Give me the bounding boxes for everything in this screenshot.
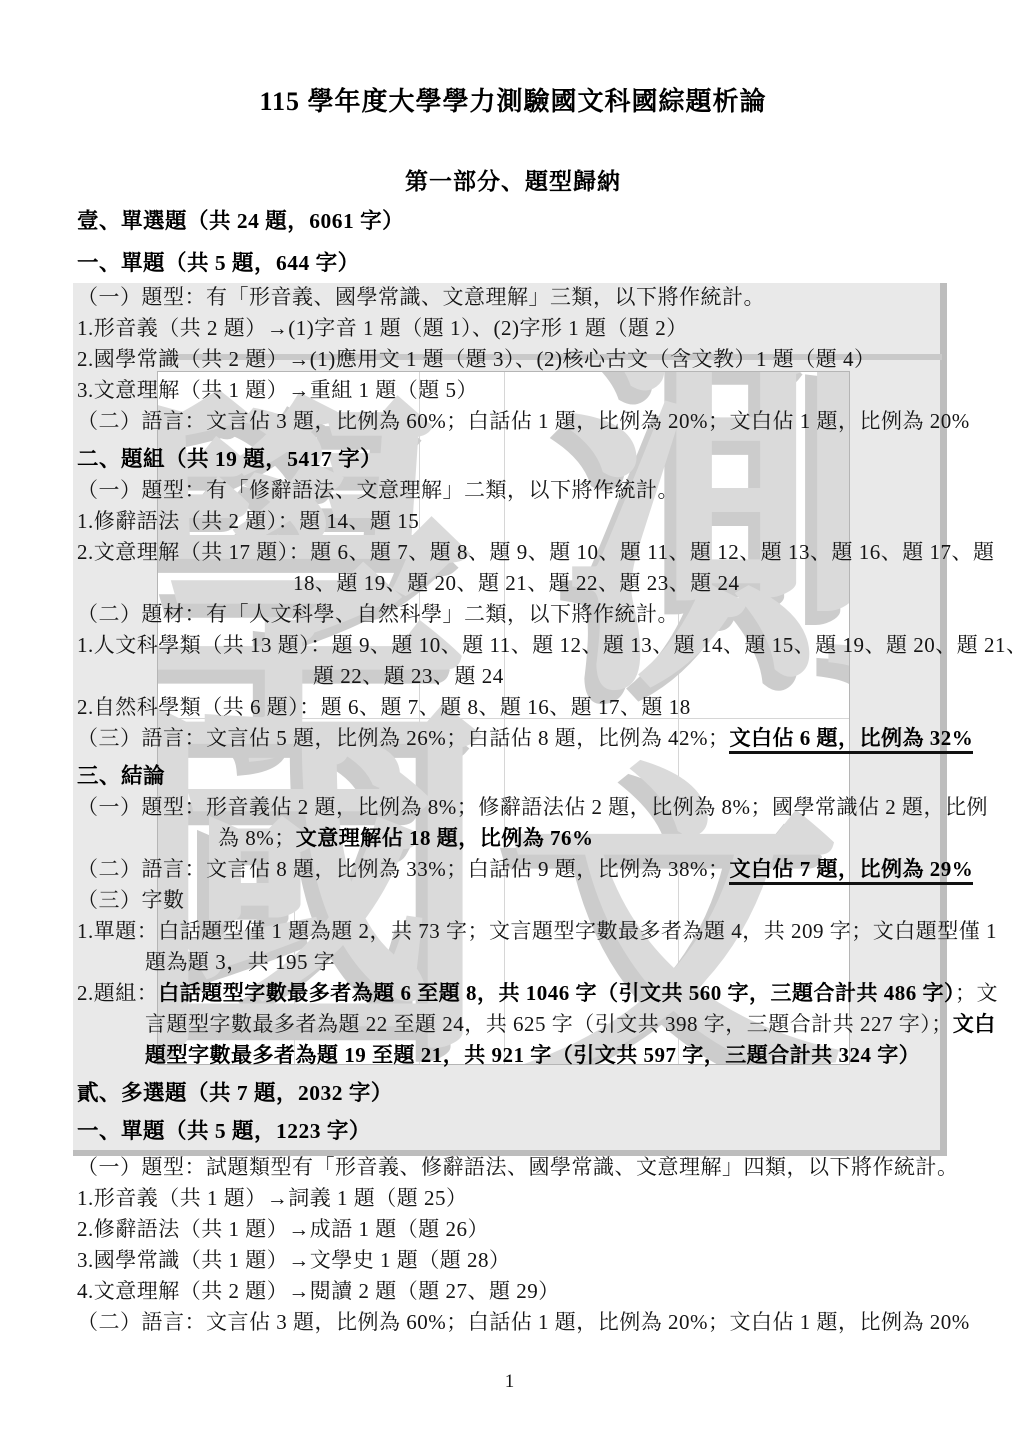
text-run: （二）語言：文言佔 3 題，比例為 60%；白話佔 1 題，比例為 20%；文白…: [77, 1310, 970, 1334]
text-run: 1.人文科學類（共 13 題）：題 9、題 10、題 11、題 12、題 13、…: [77, 633, 1019, 657]
text-run: 文白佔 6 題，比例為 32%: [729, 726, 973, 754]
text-run: 貳、多選題（共 7 題，2032 字）: [77, 1081, 393, 1105]
text-run: 壹、單選題（共 24 題，6061 字）: [77, 209, 404, 233]
text-line: 2.文意理解（共 17 題）：題 6、題 7、題 8、題 9、題 10、題 11…: [77, 537, 949, 568]
text-line: 3.國學常識（共 1 題）→文學史 1 題（題 28）: [77, 1245, 949, 1276]
text-line: 4.文意理解（共 2 題）→閱讀 2 題（題 27、題 29）: [77, 1276, 949, 1307]
text-run: 18、題 19、題 20、題 21、題 22、題 23、題 24: [293, 571, 740, 595]
text-run: 2.文意理解（共 17 題）：題 6、題 7、題 8、題 9、題 10、題 11…: [77, 540, 994, 564]
text-line: 2.修辭語法（共 1 題）→成語 1 題（題 26）: [77, 1214, 949, 1245]
text-line: 1.形音義（共 1 題）→詞義 1 題（題 25）: [77, 1183, 949, 1214]
section-heading: 三、結論: [77, 761, 949, 792]
text-line: 為 8%；文意理解佔 18 題，比例為 76%: [77, 823, 949, 854]
text-run: 題型字數最多者為題 19 至題 21，共 921 字（引文共 597 字，三題合…: [145, 1043, 920, 1067]
document-page: 115 學年度大學學力測驗國文科國綜題析論 第一部分、題型歸納 壹、單選題（共 …: [77, 85, 949, 1338]
page-number: 1: [0, 1371, 1019, 1393]
text-run: 言題型字數最多者為題 22 至題 24，共 625 字（引文共 398 字，三題…: [145, 1012, 953, 1036]
page-root: { "document": { "title": "115 學年度大學學力測驗國…: [0, 0, 1019, 1440]
text-run: 2.題組：: [77, 981, 158, 1005]
text-run: 白話題型字數最多者為題 6 至題 8，共 1046 字（引文共 560 字，三題…: [158, 981, 955, 1005]
text-run: （三）字數: [77, 888, 185, 912]
text-line: 2.題組：白話題型字數最多者為題 6 至題 8，共 1046 字（引文共 560…: [77, 978, 949, 1009]
text-run: 為 8%；: [218, 826, 296, 850]
text-run: （一）題型：有「形音義、國學常識、文意理解」三類，以下將作統計。: [77, 285, 765, 309]
text-line: （一）題型：形音義佔 2 題，比例為 8%；修辭語法佔 2 題，比例為 8%；國…: [77, 792, 949, 823]
text-run: （一）題型：形音義佔 2 題，比例為 8%；修辭語法佔 2 題，比例為 8%；國…: [77, 795, 988, 819]
section-heading: 一、單題（共 5 題，644 字）: [77, 248, 949, 279]
text-line: （三）語言：文言佔 5 題，比例為 26%；白話佔 8 題，比例為 42%；文白…: [77, 723, 949, 754]
text-line: （三）字數: [77, 885, 949, 916]
text-run: 二、題組（共 19 題，5417 字）: [77, 447, 382, 471]
text-line: （二）語言：文言佔 8 題，比例為 33%；白話佔 9 題，比例為 38%；文白…: [77, 854, 949, 885]
document-body: 壹、單選題（共 24 題，6061 字）一、單題（共 5 題，644 字）（一）…: [77, 206, 949, 1338]
text-line: 1.人文科學類（共 13 題）：題 9、題 10、題 11、題 12、題 13、…: [77, 630, 949, 661]
text-line: 題型字數最多者為題 19 至題 21，共 921 字（引文共 597 字，三題合…: [77, 1040, 949, 1071]
text-line: （二）語言：文言佔 3 題，比例為 60%；白話佔 1 題，比例為 20%；文白…: [77, 1307, 949, 1338]
text-line: （一）題型：試題類型有「形音義、修辭語法、國學常識、文意理解」四類，以下將作統計…: [77, 1152, 949, 1183]
text-run: 3.文意理解（共 1 題）→重組 1 題（題 5）: [77, 378, 478, 402]
text-run: （二）語言：文言佔 3 題，比例為 60%；白話佔 1 題，比例為 20%；文白…: [77, 409, 970, 433]
text-run: 1.單題：白話題型僅 1 題為題 2，共 73 字；文言題型字數最多者為題 4，…: [77, 919, 997, 943]
text-run: 文白佔 7 題，比例為 29%: [729, 857, 973, 885]
text-run: 1.形音義（共 1 題）→詞義 1 題（題 25）: [77, 1186, 468, 1210]
text-run: （一）題型：試題類型有「形音義、修辭語法、國學常識、文意理解」四類，以下將作統計…: [77, 1155, 959, 1179]
text-line: 3.文意理解（共 1 題）→重組 1 題（題 5）: [77, 375, 949, 406]
section-heading: 一、單題（共 5 題，1223 字）: [77, 1116, 949, 1147]
text-run: 2.國學常識（共 2 題）→(1)應用文 1 題（題 3）、(2)核心古文（含文…: [77, 347, 875, 371]
document-title: 115 學年度大學學力測驗國文科國綜題析論: [77, 85, 949, 119]
text-run: 1.修辭語法（共 2 題）：題 14、題 15: [77, 509, 419, 533]
text-run: 文意理解佔 18 題，比例為 76%: [296, 826, 594, 850]
text-line: 1.形音義（共 2 題）→(1)字音 1 題（題 1）、(2)字形 1 題（題 …: [77, 313, 949, 344]
text-run: （三）語言：文言佔 5 題，比例為 26%；白話佔 8 題，比例為 42%；: [77, 726, 729, 750]
text-run: ；文: [955, 981, 998, 1005]
text-line: 題 22、題 23、題 24: [77, 661, 949, 692]
text-line: 2.自然科學類（共 6 題）：題 6、題 7、題 8、題 16、題 17、題 1…: [77, 692, 949, 723]
text-run: （二）語言：文言佔 8 題，比例為 33%；白話佔 9 題，比例為 38%；: [77, 857, 729, 881]
text-run: 4.文意理解（共 2 題）→閱讀 2 題（題 27、題 29）: [77, 1279, 560, 1303]
part-heading: 第一部分、題型歸納: [77, 165, 949, 199]
text-run: （一）題型：有「修辭語法、文意理解」二類，以下將作統計。: [77, 478, 679, 502]
text-run: 題為題 3，共 195 字: [145, 950, 335, 974]
section-heading: 壹、單選題（共 24 題，6061 字）: [77, 206, 949, 237]
text-line: 1.單題：白話題型僅 1 題為題 2，共 73 字；文言題型字數最多者為題 4，…: [77, 916, 949, 947]
text-run: 2.自然科學類（共 6 題）：題 6、題 7、題 8、題 16、題 17、題 1…: [77, 695, 691, 719]
text-run: 一、單題（共 5 題，644 字）: [77, 251, 360, 275]
text-run: 一、單題（共 5 題，1223 字）: [77, 1119, 371, 1143]
text-line: 題為題 3，共 195 字: [77, 947, 949, 978]
text-line: （一）題型：有「修辭語法、文意理解」二類，以下將作統計。: [77, 475, 949, 506]
text-line: 言題型字數最多者為題 22 至題 24，共 625 字（引文共 398 字，三題…: [77, 1009, 949, 1040]
text-line: 18、題 19、題 20、題 21、題 22、題 23、題 24: [77, 568, 949, 599]
text-run: 3.國學常識（共 1 題）→文學史 1 題（題 28）: [77, 1248, 511, 1272]
text-line: （二）語言：文言佔 3 題，比例為 60%；白話佔 1 題，比例為 20%；文白…: [77, 406, 949, 437]
text-run: 2.修辭語法（共 1 題）→成語 1 題（題 26）: [77, 1217, 489, 1241]
text-run: 文白: [953, 1012, 996, 1036]
section-heading: 貳、多選題（共 7 題，2032 字）: [77, 1078, 949, 1109]
section-heading: 二、題組（共 19 題，5417 字）: [77, 444, 949, 475]
text-line: 1.修辭語法（共 2 題）：題 14、題 15: [77, 506, 949, 537]
text-run: 題 22、題 23、題 24: [313, 664, 504, 688]
text-run: （二）題材：有「人文科學、自然科學」二類，以下將作統計。: [77, 602, 679, 626]
text-run: 三、結論: [77, 764, 165, 788]
text-line: （二）題材：有「人文科學、自然科學」二類，以下將作統計。: [77, 599, 949, 630]
text-line: 2.國學常識（共 2 題）→(1)應用文 1 題（題 3）、(2)核心古文（含文…: [77, 344, 949, 375]
text-line: （一）題型：有「形音義、國學常識、文意理解」三類，以下將作統計。: [77, 282, 949, 313]
text-run: 1.形音義（共 2 題）→(1)字音 1 題（題 1）、(2)字形 1 題（題 …: [77, 316, 688, 340]
